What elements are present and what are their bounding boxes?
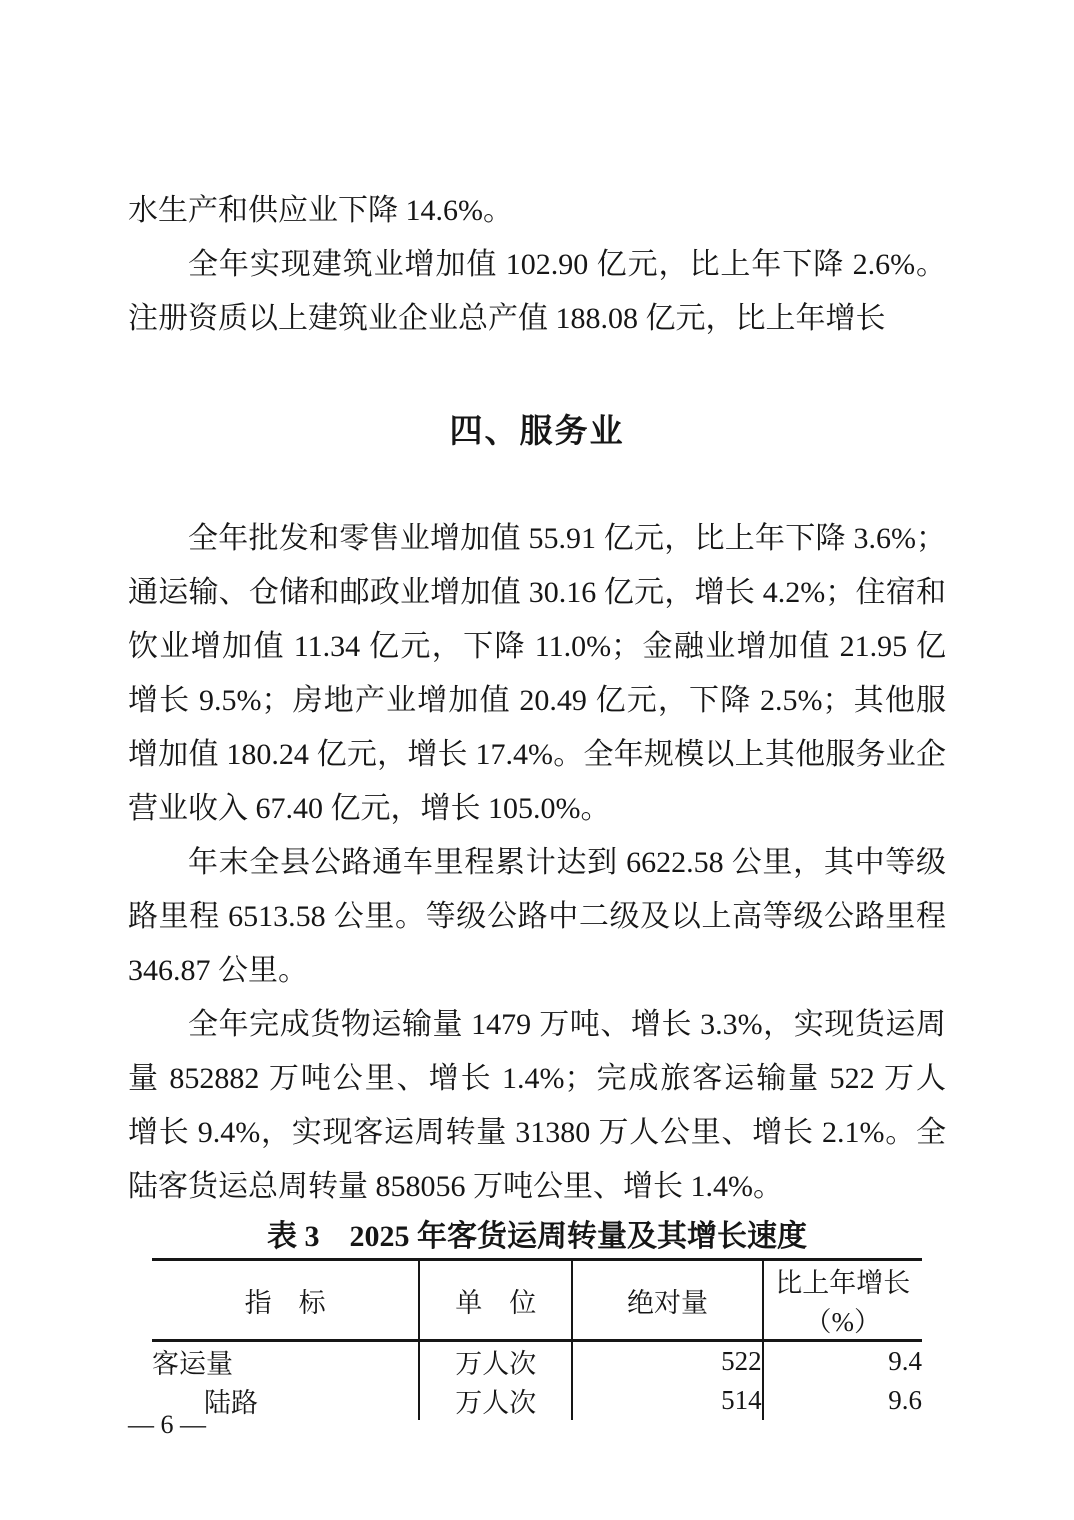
paragraph-line: 注册资质以上建筑业企业总产值 188.08 亿元，比上年增长 0.8%。 (128, 292, 946, 346)
cell-growth: 9.4 (763, 1341, 922, 1382)
paragraph-line: 量 852882 万吨公里、增长 1.4%；完成旅客运输量 522 万人次、 (128, 1052, 946, 1106)
table-row: 陆路 万人次 514 9.6 (152, 1381, 922, 1420)
cell-unit: 万人次 (419, 1341, 572, 1382)
column-header-growth: 比上年增长（%） (763, 1260, 922, 1341)
column-header-unit: 单 位 (419, 1260, 572, 1341)
table-row: 客运量 万人次 522 9.4 (152, 1341, 922, 1382)
paragraph-line: 营业收入 67.40 亿元，增长 105.0%。 (128, 782, 946, 836)
paragraph-line: 饮业增加值 11.34 亿元，下降 11.0%；金融业增加值 21.95 亿元， (128, 620, 946, 674)
paragraph-line: 增加值 180.24 亿元，增长 17.4%。全年规模以上其他服务业企业 (128, 728, 946, 782)
paragraph-highway-mileage: 年末全县公路通车里程累计达到 6622.58 公里，其中等级公 路里程 6513… (128, 836, 946, 998)
cell-unit: 万人次 (419, 1381, 572, 1420)
section-heading-services: 四、服务业 (128, 406, 946, 456)
cell-indicator: 客运量 (152, 1341, 419, 1382)
paragraph-line: 通运输、仓储和邮政业增加值 30.16 亿元，增长 4.2%；住宿和餐 (128, 566, 946, 620)
paragraph-line: 全年完成货物运输量 1479 万吨、增长 3.3%，实现货运周转 (128, 998, 946, 1052)
column-header-absolute: 绝对量 (572, 1260, 762, 1341)
paragraph-line: 346.87 公里。 (128, 944, 946, 998)
cell-absolute: 522 (572, 1341, 762, 1382)
table-title: 表 3 2025 年客货运周转量及其增长速度 (128, 1216, 946, 1258)
paragraph-line: 路里程 6513.58 公里。等级公路中二级及以上高等级公路里程 (128, 890, 946, 944)
page-number: — 6 — (128, 1410, 206, 1440)
paragraph-line: 增长 9.4%，实现客运周转量 31380 万人公里、增长 2.1%。全年水 (128, 1106, 946, 1160)
paragraph-water-supply: 水生产和供应业下降 14.6%。 (128, 184, 946, 238)
paragraph-line: 年末全县公路通车里程累计达到 6622.58 公里，其中等级公 (128, 836, 946, 890)
paragraph-line: 全年批发和零售业增加值 55.91 亿元，比上年下降 3.6%；交 (128, 512, 946, 566)
paragraph-line: 陆客货运总周转量 858056 万吨公里、增长 1.4%。 (128, 1160, 946, 1214)
paragraph-service-industries: 全年批发和零售业增加值 55.91 亿元，比上年下降 3.6%；交 通运输、仓储… (128, 512, 946, 836)
paragraph-transport-volume: 全年完成货物运输量 1479 万吨、增长 3.3%，实现货运周转 量 85288… (128, 998, 946, 1214)
transport-turnover-table: 指 标 单 位 绝对量 比上年增长（%） 客运量 万人次 522 9.4 陆路 … (152, 1258, 922, 1420)
column-header-indicator: 指 标 (152, 1260, 419, 1341)
paragraph-line: 水生产和供应业下降 14.6%。 (128, 184, 946, 238)
cell-absolute: 514 (572, 1381, 762, 1420)
table-header-row: 指 标 单 位 绝对量 比上年增长（%） (152, 1260, 922, 1341)
paragraph-line: 全年实现建筑业增加值 102.90 亿元，比上年下降 2.6%。在本县 (128, 238, 946, 292)
page-content: 水生产和供应业下降 14.6%。 全年实现建筑业增加值 102.90 亿元，比上… (0, 0, 1074, 1420)
paragraph-line: 增长 9.5%；房地产业增加值 20.49 亿元，下降 2.5%；其他服务业 (128, 674, 946, 728)
cell-growth: 9.6 (763, 1381, 922, 1420)
document-page: 水生产和供应业下降 14.6%。 全年实现建筑业增加值 102.90 亿元，比上… (0, 0, 1074, 1520)
paragraph-construction: 全年实现建筑业增加值 102.90 亿元，比上年下降 2.6%。在本县 注册资质… (128, 238, 946, 346)
